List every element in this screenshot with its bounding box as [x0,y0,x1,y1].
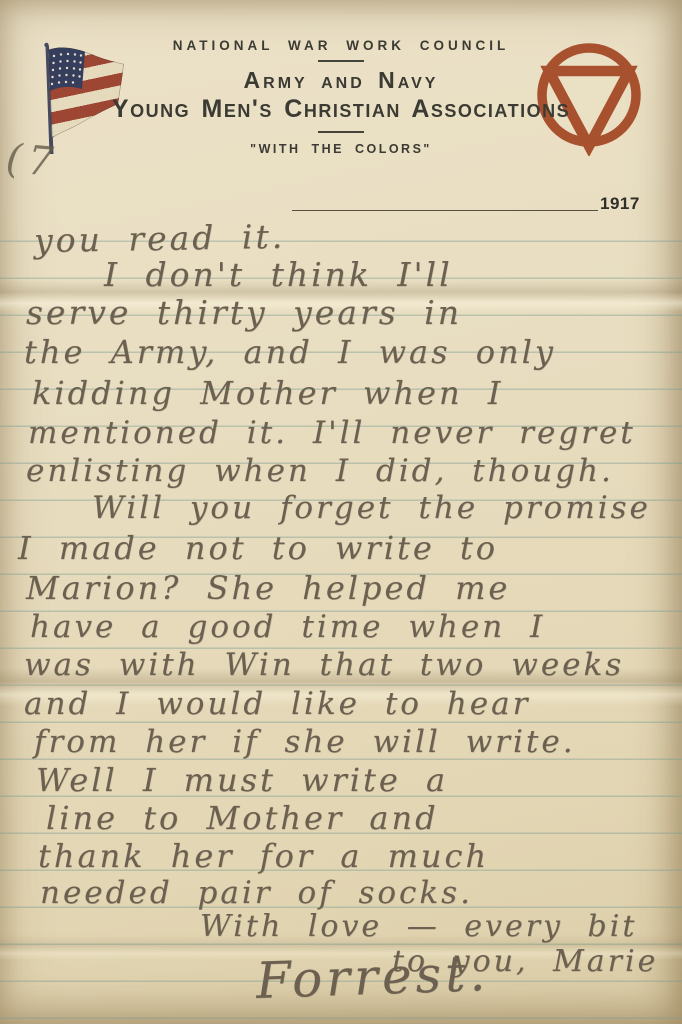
handwriting-line: line to Mother and [46,802,439,834]
letter-page: NATIONAL WAR WORK COUNCIL Army and Navy … [0,0,682,1024]
handwriting-line: you read it. [34,220,286,257]
letterhead-org-line2: Young Men's Christian Associations [0,95,682,124]
closing-line: With love — every bit [200,912,637,942]
handwriting-line: I don't think I'll [104,258,453,291]
handwriting-line: Will you forget the promise [92,493,651,524]
letterhead-motto: "WITH THE COLORS" [0,142,682,156]
handwriting-line: needed pair of socks. [40,878,473,909]
handwriting-line: serve thirty years in [26,296,462,329]
handwriting-line: Marion? She helped me [26,572,510,604]
handwriting-line: mentioned it. I'll never regret [28,418,636,449]
printed-year: 1917 [600,194,640,214]
date-line [292,196,598,211]
handwriting-line: kidding Mother when I [32,377,503,409]
signature: Forrest. [255,948,490,1006]
handwriting-line: and I would like to hear [24,689,530,720]
handwriting-line: enlisting when I did, though. [26,456,614,487]
divider [318,60,364,62]
letterhead-org-line1: Army and Navy [0,67,682,94]
pencil-annotation: (7 [4,136,61,186]
handwriting-line: I made not to write to [18,532,498,564]
handwriting-line: the Army, and I was only [24,336,556,368]
handwriting-line: have a good time when I [30,612,545,643]
divider [318,131,364,133]
handwriting-line: from her if she will write. [34,727,576,758]
handwriting-line: thank her for a much [38,840,489,872]
letterhead: NATIONAL WAR WORK COUNCIL Army and Navy … [0,38,682,156]
letterhead-council: NATIONAL WAR WORK COUNCIL [0,38,682,53]
handwriting-line: was with Win that two weeks [24,650,624,681]
handwriting-line: Well I must write a [36,764,448,796]
